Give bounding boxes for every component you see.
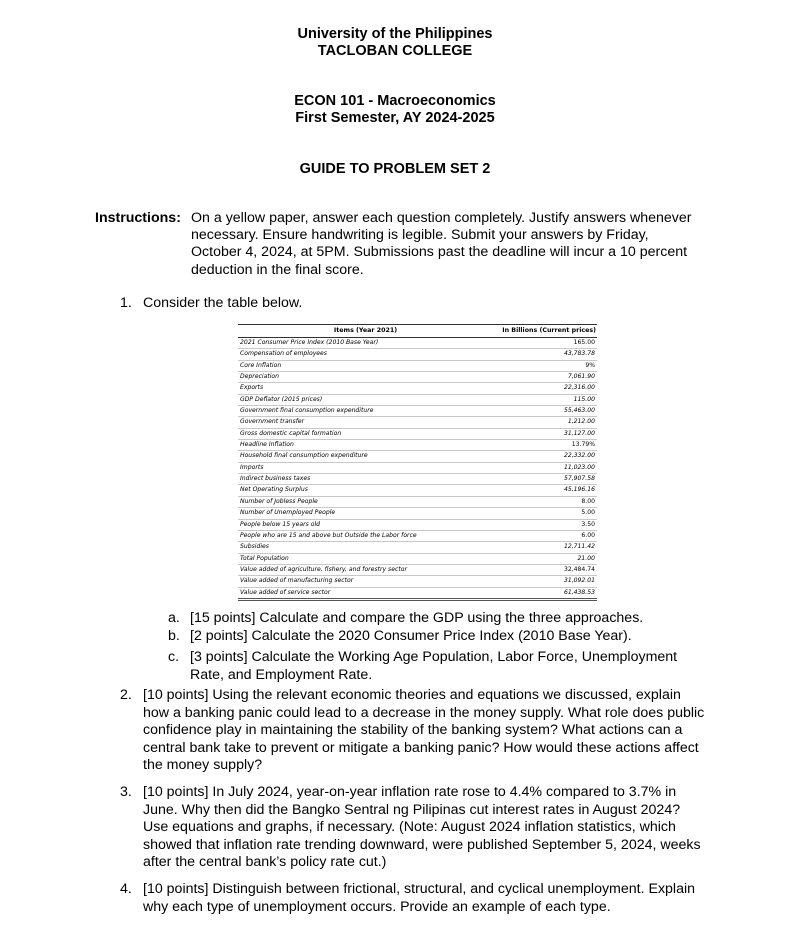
table-row: People who are 15 and above but Outside … (238, 531, 597, 542)
question-number: 3. (120, 784, 132, 802)
row-value: 12,711.42 (495, 542, 597, 552)
row-item: Core Inflation (238, 361, 495, 371)
institution-header: University of the Philippines TACLOBAN C… (0, 26, 790, 60)
table-row: Government transfer1,212.00 (238, 417, 597, 428)
table-row: Subsidies12,711.42 (238, 542, 597, 553)
row-item: Exports (238, 383, 495, 393)
row-value: 31,092.01 (495, 576, 597, 586)
row-item: Gross domestic capital formation (238, 429, 495, 439)
row-item: Value added of agriculture, fishery, and… (238, 565, 495, 575)
university-name: University of the Philippines (0, 26, 790, 43)
row-item: Indirect business taxes (238, 474, 495, 484)
course-header: ECON 101 - Macroeconomics First Semester… (0, 93, 790, 127)
row-value: 55,463.00 (495, 406, 597, 416)
row-value: 3.50 (495, 520, 597, 530)
row-item: Depreciation (238, 372, 495, 382)
row-value: 13.79% (495, 440, 597, 450)
row-item: 2021 Consumer Price Index (2010 Base Yea… (238, 338, 495, 348)
instructions-label: Instructions: (95, 210, 181, 227)
subquestion-label: a. (168, 610, 180, 628)
row-item: Number of Unemployed People (238, 508, 495, 518)
subquestion-text: [3 points] Calculate the Working Age Pop… (190, 649, 710, 684)
row-value: 9% (495, 361, 597, 371)
row-item: Net Operating Surplus (238, 485, 495, 495)
instructions-text: On a yellow paper, answer each question … (191, 210, 701, 279)
subquestion-label: c. (168, 649, 179, 667)
table-row: Headline Inflation13.79% (238, 440, 597, 451)
semester: First Semester, AY 2024-2025 (0, 110, 790, 127)
column-header-items: Items (Year 2021) (238, 325, 493, 337)
row-item: Household final consumption expenditure (238, 451, 495, 461)
table-row: Value added of manufacturing sector31,09… (238, 576, 597, 587)
row-item: Government transfer (238, 417, 495, 427)
row-item: Number of Jobless People (238, 497, 495, 507)
table-row: Household final consumption expenditure2… (238, 451, 597, 462)
table-header: Items (Year 2021) In Billions (Current p… (238, 325, 597, 338)
college-name: TACLOBAN COLLEGE (0, 43, 790, 60)
row-value: 45,196.16 (495, 485, 597, 495)
row-value: 8.00 (495, 497, 597, 507)
subquestion-text: [2 points] Calculate the 2020 Consumer P… (190, 628, 710, 646)
row-value: 5.00 (495, 508, 597, 518)
row-item: People below 15 years old (238, 520, 495, 530)
row-item: Total Population (238, 554, 495, 564)
row-item: Imports (238, 463, 495, 473)
question-text: [10 points] In July 2024, year-on-year i… (143, 784, 708, 872)
row-value: 115.00 (495, 395, 597, 405)
table-row: Value added of agriculture, fishery, and… (238, 565, 597, 576)
row-value: 32,484.74 (495, 565, 597, 575)
question-number: 4. (120, 881, 132, 899)
row-item: Headline Inflation (238, 440, 495, 450)
table-row: Compensation of employees43,783.78 (238, 349, 597, 360)
row-item: Value added of manufacturing sector (238, 576, 495, 586)
row-value: 61,438.53 (495, 588, 597, 598)
question-text: Consider the table below. (143, 295, 302, 313)
row-item: GDP Deflator (2015 prices) (238, 395, 495, 405)
table-row: Net Operating Surplus45,196.16 (238, 485, 597, 496)
table-row: Value added of service sector61,438.53 (238, 588, 597, 601)
column-header-value: In Billions (Current prices) (493, 325, 597, 337)
table-body: 2021 Consumer Price Index (2010 Base Yea… (238, 338, 597, 601)
question-number: 2. (120, 687, 132, 705)
row-item: Government final consumption expenditure (238, 406, 495, 416)
subquestion-label: b. (168, 628, 180, 646)
question-text: [10 points] Distinguish between friction… (143, 881, 708, 916)
table-row: Number of Unemployed People5.00 (238, 508, 597, 519)
question-text: [10 points] Using the relevant economic … (143, 687, 708, 775)
table-row: People below 15 years old3.50 (238, 520, 597, 531)
subquestion-text: [15 points] Calculate and compare the GD… (190, 610, 710, 628)
table-row: Exports22,316.00 (238, 383, 597, 394)
table-row: Total Population21.00 (238, 554, 597, 565)
table-row: Indirect business taxes57,907.58 (238, 474, 597, 485)
row-value: 22,332.00 (495, 451, 597, 461)
table-row: Core Inflation9% (238, 361, 597, 372)
row-value: 1,212.00 (495, 417, 597, 427)
table-row: 2021 Consumer Price Index (2010 Base Yea… (238, 338, 597, 349)
row-value: 7,061.90 (495, 372, 597, 382)
table-row: Gross domestic capital formation31,127.0… (238, 429, 597, 440)
row-item: People who are 15 and above but Outside … (238, 531, 495, 541)
data-table: Items (Year 2021) In Billions (Current p… (238, 324, 597, 601)
document-title: GUIDE TO PROBLEM SET 2 (0, 161, 790, 178)
row-value: 43,783.78 (495, 349, 597, 359)
row-value: 31,127.00 (495, 429, 597, 439)
row-value: 6.00 (495, 531, 597, 541)
table-row: GDP Deflator (2015 prices)115.00 (238, 395, 597, 406)
row-value: 11,023.00 (495, 463, 597, 473)
row-item: Value added of service sector (238, 588, 495, 598)
row-item: Subsidies (238, 542, 495, 552)
table-row: Imports11,023.00 (238, 463, 597, 474)
row-value: 165.00 (495, 338, 597, 348)
row-value: 22,316.00 (495, 383, 597, 393)
table-row: Depreciation7,061.90 (238, 372, 597, 383)
question-number: 1. (120, 295, 132, 313)
table-row: Government final consumption expenditure… (238, 406, 597, 417)
course-title: ECON 101 - Macroeconomics (0, 93, 790, 110)
table-row: Number of Jobless People8.00 (238, 497, 597, 508)
row-value: 57,907.58 (495, 474, 597, 484)
row-value: 21.00 (495, 554, 597, 564)
row-item: Compensation of employees (238, 349, 495, 359)
